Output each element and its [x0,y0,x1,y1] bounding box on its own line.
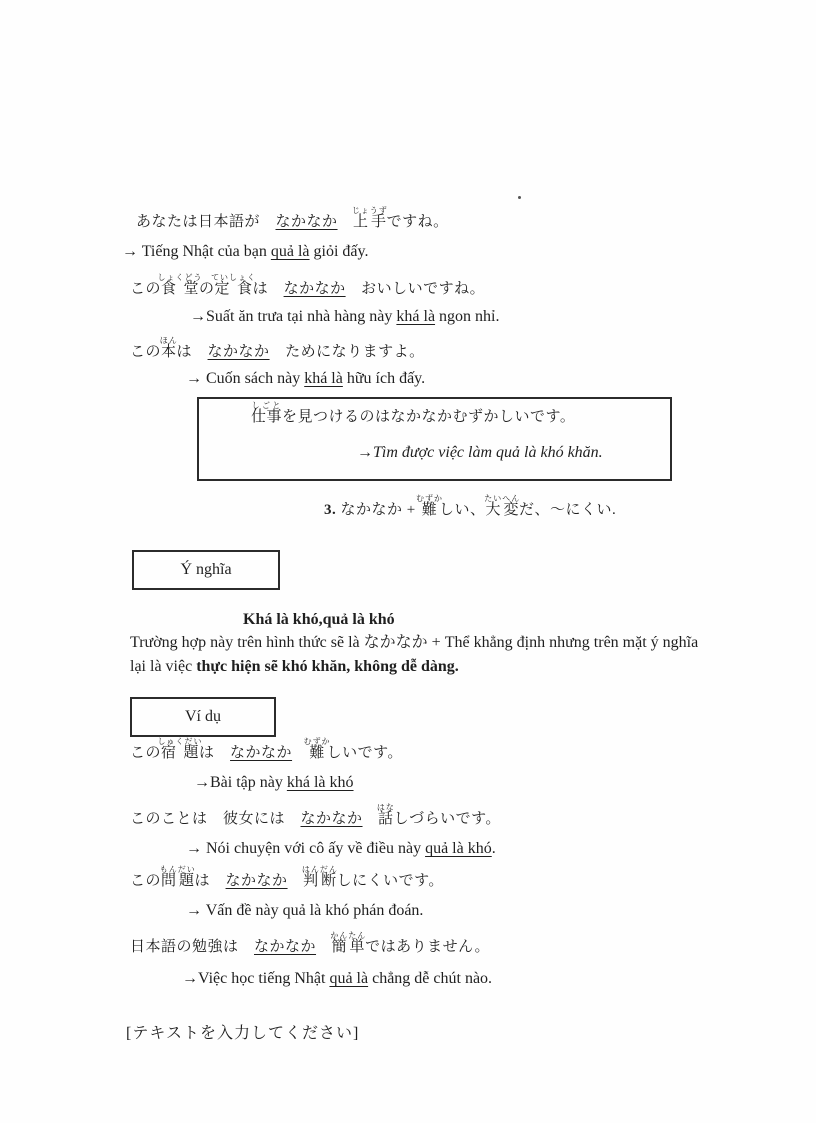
intro-example-3-vi: → Cuốn sách này khá là hữu ích đấy. [186,369,425,390]
meaning-title: Khá là khó,quả là khó [243,610,395,631]
intro-example-1-jp: あなたは日本語が なかなか 上手じょうずですね。 [136,206,449,237]
practice-example-3-vi: → Vấn đề này quả là khó phán đoán. [186,901,423,922]
scan-speck-icon [518,196,521,199]
boxed-example-jp: 仕事しごとを見つけるのはなかなかむずかしいです。 [251,401,575,432]
intro-example-2-jp: この食堂しょくどうの定食ていしょくは なかなか おいしいですね。 [130,273,485,304]
practice-example-1-jp: この宿題しゅくだいは なかなか 難むずかしいです。 [130,737,403,768]
meaning-label: Ý nghĩa [180,561,231,579]
intro-example-3-jp: この本ほんは なかなか ためになりますよ。 [130,336,425,367]
text-placeholder-field[interactable]: [テキストを入力してください] [126,1020,359,1043]
intro-example-2-vi: →Suất ăn trưa tại nhà hàng này khá là ng… [190,307,500,328]
practice-example-2-jp: このことは 彼女には なかなか 話はなしづらいです。 [130,803,501,834]
meaning-label-box: Ý nghĩa [132,550,280,590]
boxed-example: 仕事しごとを見つけるのはなかなかむずかしいです。 →Tìm được việc … [197,397,672,481]
intro-example-1-vi: → Tiếng Nhật của bạn quả là giỏi đấy. [122,242,368,263]
document-page: あなたは日本語が なかなか 上手じょうずですね。 → Tiếng Nhật củ… [0,0,816,1123]
practice-example-4-vi: →Việc học tiếng Nhật quả là chẳng dễ chú… [182,969,492,990]
examples-label-box: Ví dụ [130,697,276,737]
practice-example-1-vi: →Bài tập này khá là khó [194,773,354,794]
meaning-line-1: Trường hợp này trên hình thức sẽ là なかなか… [130,633,698,654]
practice-example-3-jp: この問題もんだいは なかなか 判断はんだんしにくいです。 [130,865,444,896]
examples-label: Ví dụ [185,708,221,726]
boxed-example-vi: →Tìm được việc làm quả là khó khăn. [357,443,603,464]
meaning-line-2: lại là việc thực hiện sẽ khó khăn, không… [130,657,459,678]
practice-example-4-jp: 日本語の勉強は なかなか 簡単かんたんではありません。 [130,931,490,962]
section-heading: 3. なかなか + 難むずかしい、大変たいへんだ、～にくい. [324,494,616,525]
practice-example-2-vi: → Nói chuyện với cô ấy về điều này quả l… [186,839,496,860]
